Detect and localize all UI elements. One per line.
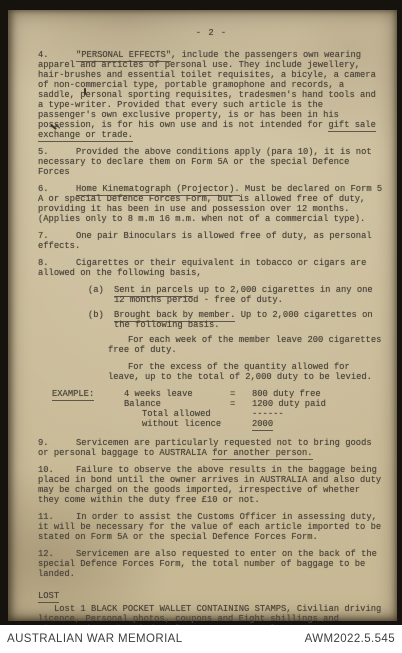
catalog-bar: AUSTRALIAN WAR MEMORIAL AWM2022.5.545 (0, 625, 402, 653)
ink-mark (84, 88, 86, 95)
example-item: without licence (142, 419, 230, 429)
example-row: Total allowed------ (124, 409, 385, 419)
underlined-text: LOST (38, 591, 59, 603)
example-row: without licence2000 (124, 419, 385, 429)
example-item: 4 weeks leave (124, 389, 230, 399)
paragraph-text: Servicemen are also requested to enter o… (38, 549, 377, 579)
example-item: Total allowed (142, 409, 230, 419)
list-item-label: (b) (88, 310, 114, 320)
paragraph-text: Provided the above conditions apply (par… (38, 147, 372, 177)
example-item: Balance (124, 399, 230, 409)
paragraph-text: Servicemen are particularly requested no… (38, 438, 372, 458)
example-row: Balance=1200 duty paid (124, 399, 385, 409)
note-paragraph: For each week of the member leave 200 ci… (108, 335, 385, 355)
paragraph-number: 12. (38, 549, 76, 559)
paragraph-number: 4. (38, 50, 76, 60)
lost-section-heading: LOST (38, 591, 385, 601)
equals-sign: = (230, 399, 252, 409)
accession-number: AWM2022.5.545 (305, 633, 395, 645)
paragraph-number: 9. (38, 438, 76, 448)
example-label: EXAMPLE: (52, 389, 94, 401)
document-page: - 2 - 4."PERSONAL EFFECTS", include the … (8, 10, 397, 621)
example-row: 4 weeks leave=800 duty free (124, 389, 385, 399)
paragraph-12: 12.Servicemen are also requested to ente… (38, 549, 385, 579)
example-value: 800 duty free (252, 389, 321, 399)
page-number: - 2 - (38, 28, 385, 38)
paragraph-number: 11. (38, 512, 76, 522)
equals-sign: = (230, 389, 252, 399)
photo-stage: - 2 - 4."PERSONAL EFFECTS", include the … (0, 0, 402, 653)
paragraph-text: Cigarettes or their equivalent in tobacc… (38, 258, 366, 278)
paragraph-text: Failure to observe the above results in … (38, 465, 381, 505)
example-block: EXAMPLE: 4 weeks leave=800 duty free Bal… (52, 389, 385, 429)
paragraph-number: 5. (38, 147, 76, 157)
paragraph-8: 8.Cigarettes or their equivalent in toba… (38, 258, 385, 278)
paragraph-6: 6.Home Kinematograph (Projector). Must b… (38, 184, 385, 224)
note-paragraph: For the excess of the quantity allowed f… (108, 362, 385, 382)
list-item-a: (a)Sent in parcels up to 2,000 cigarette… (88, 285, 385, 305)
paragraph-9: 9.Servicemen are particularly requested … (38, 438, 385, 458)
paragraph-4: 4."PERSONAL EFFECTS", include the passen… (38, 50, 385, 140)
paragraph-10: 10.Failure to observe the above results … (38, 465, 385, 505)
underlined-text: for another person. (212, 448, 312, 460)
paragraph-number: 7. (38, 231, 76, 241)
example-value: 2000 (252, 419, 273, 431)
example-value: 1200 duty paid (252, 399, 326, 409)
paragraph-text: One pair Binoculars is allowed free of d… (38, 231, 372, 251)
paragraph-text: In order to assist the Customs Officer i… (38, 512, 381, 542)
paragraph-number: 10. (38, 465, 76, 475)
institution-name: AUSTRALIAN WAR MEMORIAL (7, 633, 183, 645)
paragraph-7: 7.One pair Binoculars is allowed free of… (38, 231, 385, 251)
example-value: ------ (252, 409, 284, 419)
paragraph-text: , include the passengers own wearing app… (38, 50, 376, 130)
list-item-label: (a) (88, 285, 114, 295)
paragraph-11: 11.In order to assist the Customs Office… (38, 512, 385, 542)
paragraph-number: 6. (38, 184, 76, 194)
paragraph-5: 5.Provided the above conditions apply (p… (38, 147, 385, 177)
paragraph-number: 8. (38, 258, 76, 268)
list-item-b: (b)Brought back by member. Up to 2,000 c… (88, 310, 385, 330)
